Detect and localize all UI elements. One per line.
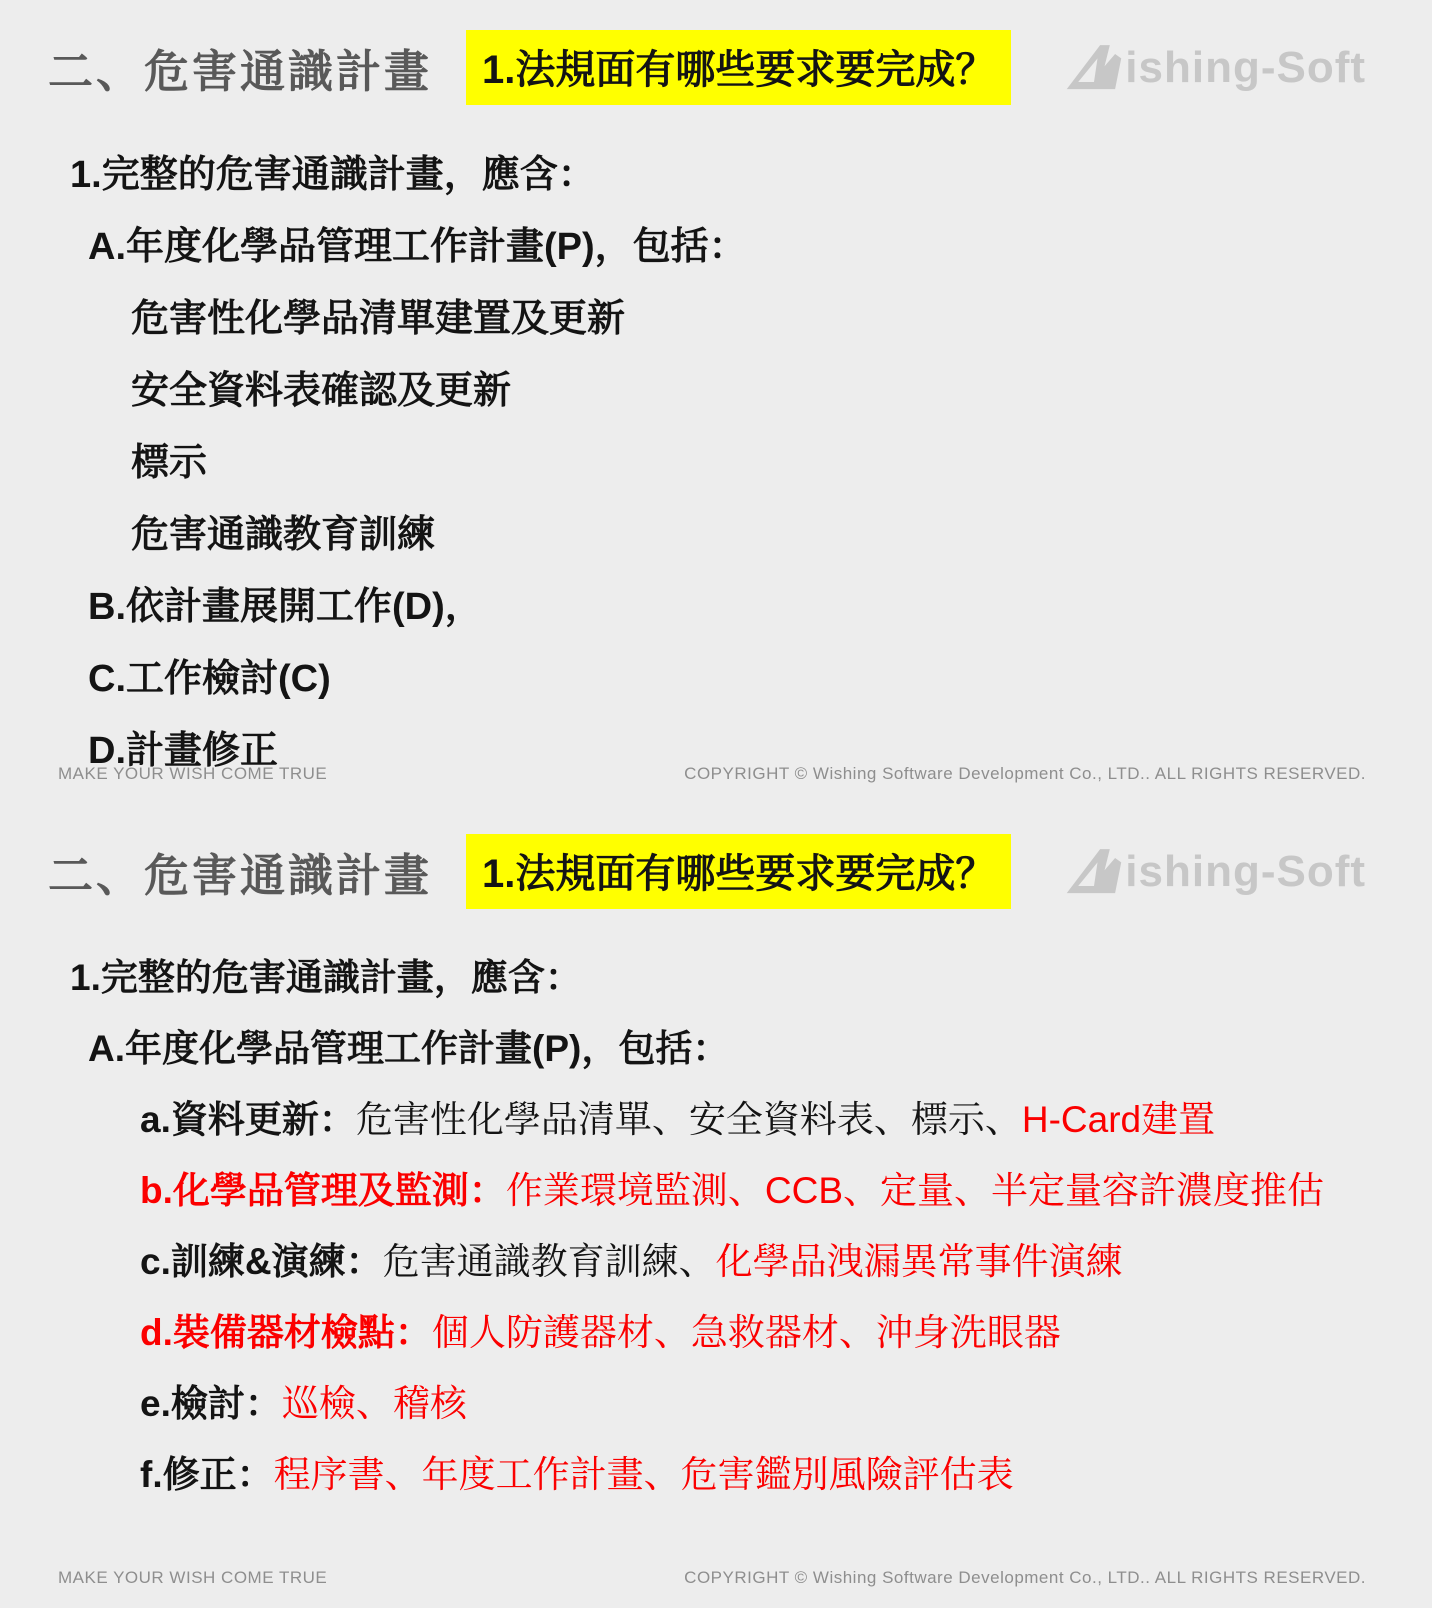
text-segment: 危害通識教育訓練 [131,503,435,558]
text-segment: B.依計畫展開工作(D)， [88,575,483,630]
text-segment: 1.完整的危害通識計畫，應含： [70,947,582,1001]
text-segment: 安全資料表確認及更新 [131,359,511,414]
slide-header: 二、危害通識計畫 1.法規面有哪些要求要完成？ ishing-Soft [0,804,1432,909]
slide-title: 二、危害通識計畫 [48,839,432,904]
text-segment: a.資料更新： [140,1089,356,1143]
text-segment: 個人防護器材、急救器材、沖身洗眼器 [432,1302,1061,1356]
text-segment: 程序書、年度工作計畫、危害鑑別風險評估表 [274,1444,1014,1498]
topic-highlight: 1.法規面有哪些要求要完成？ [466,30,1011,105]
text-segment: b.化學品管理及監測： [140,1160,506,1214]
body-line: 1.完整的危害通識計畫，應含： [0,938,1432,1009]
body-line: C.工作檢討(C) [0,638,1432,710]
topic-highlight: 1.法規面有哪些要求要完成？ [466,834,1011,909]
text-segment: 標示 [131,431,207,486]
slide-body: 1.完整的危害通識計畫，應含：A.年度化學品管理工作計畫(P)，包括：a.資料更… [0,938,1432,1506]
body-line: 危害性化學品清單建置及更新 [0,278,1432,350]
text-segment: 危害性化學品清單、安全資料表、標示、 [356,1089,1022,1143]
text-segment: H-Card建置 [1022,1089,1215,1143]
body-line: 1.完整的危害通識計畫，應含： [0,134,1432,206]
text-segment: 作業環境監測、CCB、定量、半定量容許濃度推估 [506,1160,1324,1214]
wishing-soft-logo: ishing-Soft [1065,42,1366,94]
body-line: e.檢討：巡檢、稽核 [0,1364,1432,1435]
text-segment: 化學品洩漏異常事件演練 [716,1231,1123,1285]
body-line: a.資料更新：危害性化學品清單、安全資料表、標示、H-Card建置 [0,1080,1432,1151]
body-line: d.裝備器材檢點：個人防護器材、急救器材、沖身洗眼器 [0,1293,1432,1364]
logo-w-icon [1065,846,1123,898]
text-segment: f.修正： [140,1444,274,1498]
slide-footer: MAKE YOUR WISH COME TRUE COPYRIGHT © Wis… [58,764,1366,784]
body-line: 危害通識教育訓練 [0,494,1432,566]
text-segment: 危害性化學品清單建置及更新 [131,287,625,342]
logo-text: ishing-Soft [1125,43,1366,93]
text-segment: 1.完整的危害通識計畫，應含： [70,143,596,198]
text-segment: A.年度化學品管理工作計畫(P)，包括： [88,215,747,270]
footer-tagline: MAKE YOUR WISH COME TRUE [58,764,327,784]
slide-header: 二、危害通識計畫 1.法規面有哪些要求要完成？ ishing-Soft [0,0,1432,105]
wishing-soft-logo: ishing-Soft [1065,846,1366,898]
text-segment: d.裝備器材檢點： [140,1302,432,1356]
text-segment: 巡檢、稽核 [282,1373,467,1427]
body-line: b.化學品管理及監測：作業環境監測、CCB、定量、半定量容許濃度推估 [0,1151,1432,1222]
body-line: 安全資料表確認及更新 [0,350,1432,422]
body-line: A.年度化學品管理工作計畫(P)，包括： [0,206,1432,278]
text-segment: c.訓練&演練： [140,1231,383,1285]
text-segment: e.檢討： [140,1373,282,1427]
slide-1: 二、危害通識計畫 1.法規面有哪些要求要完成？ ishing-Soft 1.完整… [0,0,1432,804]
body-line: A.年度化學品管理工作計畫(P)，包括： [0,1009,1432,1080]
slide-body: 1.完整的危害通識計畫，應含：A.年度化學品管理工作計畫(P)，包括：危害性化學… [0,134,1432,782]
body-line: f.修正：程序書、年度工作計畫、危害鑑別風險評估表 [0,1435,1432,1506]
footer-tagline: MAKE YOUR WISH COME TRUE [58,1568,327,1588]
body-line: 標示 [0,422,1432,494]
text-segment: C.工作檢討(C) [88,647,331,702]
text-segment: 危害通識教育訓練、 [383,1231,716,1285]
body-line: c.訓練&演練：危害通識教育訓練、化學品洩漏異常事件演練 [0,1222,1432,1293]
slide-2: 二、危害通識計畫 1.法規面有哪些要求要完成？ ishing-Soft 1.完整… [0,804,1432,1608]
text-segment: A.年度化學品管理工作計畫(P)，包括： [88,1018,729,1072]
logo-w-icon [1065,42,1123,94]
slide-title: 二、危害通識計畫 [48,35,432,100]
slide-footer: MAKE YOUR WISH COME TRUE COPYRIGHT © Wis… [58,1568,1366,1588]
footer-copyright: COPYRIGHT © Wishing Software Development… [684,1568,1366,1588]
slide-deck: 二、危害通識計畫 1.法規面有哪些要求要完成？ ishing-Soft 1.完整… [0,0,1432,1608]
footer-copyright: COPYRIGHT © Wishing Software Development… [684,764,1366,784]
logo-text: ishing-Soft [1125,847,1366,897]
body-line: B.依計畫展開工作(D)， [0,566,1432,638]
